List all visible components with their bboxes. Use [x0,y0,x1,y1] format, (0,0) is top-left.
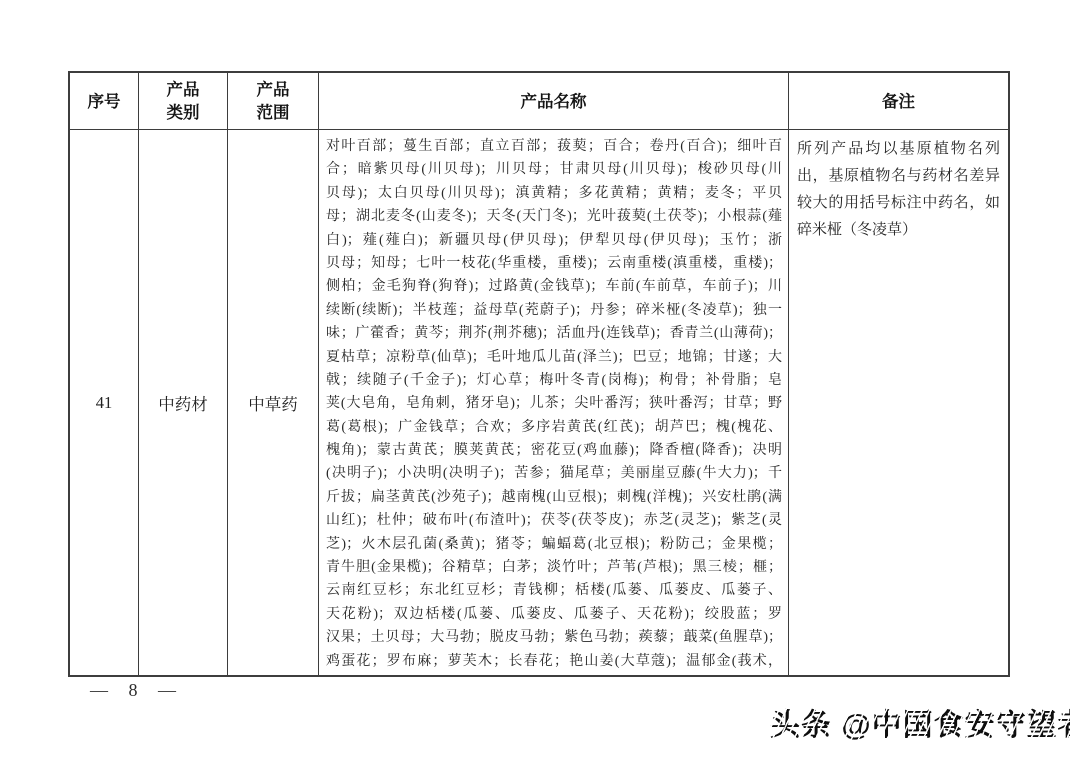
header-serial: 序号 [70,73,139,130]
product-name-line: 母；湖北麦冬(山麦冬)；天冬(天门冬)；光叶菝葜(土茯苓)；小根蒜(薤 [326,205,782,228]
product-name-line: 白)；薤(薤白)；新疆贝母(伊贝母)；伊犁贝母(伊贝母)；玉竹；浙 [326,229,782,252]
product-name-line: (决明子)；小决明(决明子)；苦参；猫尾草；美丽崖豆藤(牛大力)；千 [326,462,782,485]
product-name-line: 鸡蛋花；罗布麻；萝芙木；长春花；艳山姜(大草蔻)；温郁金(莪术， [326,650,782,673]
product-name-line: 斤拔；扁茎黄芪(沙苑子)；越南槐(山豆根)；刺槐(洋槐)；兴安杜鹃(满 [326,486,782,509]
header-remark: 备注 [789,73,1008,130]
product-name-line: 荚(大皂角，皂角刺，猪牙皂)；儿茶；尖叶番泻；狭叶番泻；甘草；野 [326,392,782,415]
product-name-line: 夏枯草；凉粉草(仙草)；毛叶地瓜儿苗(泽兰)；巴豆；地锦；甘遂；大 [326,346,782,369]
header-category: 产品 类别 [139,73,228,130]
product-name-line: 合；暗紫贝母(川贝母)；川贝母；甘肃贝母(川贝母)；梭砂贝母(川 [326,158,782,181]
cell-product-names: 对叶百部；蔓生百部；直立百部；菝葜；百合；卷丹(百合)；细叶百合；暗紫贝母(川贝… [319,130,789,675]
product-name-line: 侧柏；金毛狗脊(狗脊)；过路黄(金钱草)；车前(车前草，车前子)；川 [326,275,782,298]
product-name-line: 槐角)；蒙古黄芪；膜荚黄芪；密花豆(鸡血藤)；降香檀(降香)；决明 [326,439,782,462]
cell-remark: 所列产品均以基原植物名列出，基原植物名与药材名差异较大的用括号标注中药名，如碎米… [789,130,1008,675]
product-name-line: 对叶百部；蔓生百部；直立百部；菝葜；百合；卷丹(百合)；细叶百 [326,135,782,158]
product-name-line: 天花粉)；双边栝楼(瓜蒌、瓜蒌皮、瓜蒌子、天花粉)；绞股蓝；罗 [326,603,782,626]
watermark: 头条 @中国食安守望者 [770,700,1070,744]
product-name-line: 续断(续断)；半枝莲；益母草(茺蔚子)；丹参；碎米桠(冬凌草)；独一 [326,299,782,322]
remark-line: 较大的用括号标注中药名，如 [797,190,1000,217]
product-name-line: 贝母；知母；七叶一枝花(华重楼，重楼)；云南重楼(滇重楼，重楼)； [326,252,782,275]
remark-line: 所列产品均以基原植物名列 [797,136,1000,163]
product-name-line: 贝母)；太白贝母(川贝母)；滇黄精；多花黄精；黄精；麦冬；平贝 [326,182,782,205]
product-name-line: 青牛胆(金果榄)；谷精草；白茅；淡竹叶；芦苇(芦根)；黑三棱；榧； [326,556,782,579]
product-name-line: 云南红豆杉；东北红豆杉；青钱柳；栝楼(瓜蒌、瓜蒌皮、瓜蒌子、 [326,579,782,602]
product-name-line: 戟；续随子(千金子)；灯心草；梅叶冬青(岗梅)；枸骨；补骨脂；皂 [326,369,782,392]
page-number: — 8 — [90,680,181,701]
header-scope: 产品 范围 [228,73,319,130]
products-table: 序号 产品 类别 产品 范围 产品名称 备注 41 中药材 中草药 对叶百部；蔓… [68,71,1010,677]
product-name-line: 山红)；杜仲；破布叶(布渣叶)；茯苓(茯苓皮)；赤芝(灵芝)；紫芝(灵 [326,509,782,532]
product-name-line: 味；广藿香；黄芩；荆芥(荆芥穗)；活血丹(连钱草)；香青兰(山薄荷)； [326,322,782,345]
cell-category: 中药材 [139,130,228,675]
product-name-line: 汉果；土贝母；大马勃；脱皮马勃；紫色马勃；蒺藜；蕺菜(鱼腥草)； [326,626,782,649]
remark-line: 碎米桠（冬凌草） [797,217,1000,244]
remark-line: 出，基原植物名与药材名差异 [797,163,1000,190]
cell-scope: 中草药 [228,130,319,675]
product-name-line: 芝)；火木层孔菌(桑黄)；猪苓；蝙蝠葛(北豆根)；粉防己；金果榄； [326,533,782,556]
cell-serial: 41 [70,130,139,675]
product-name-line: 葛(葛根)；广金钱草；合欢；多序岩黄芪(红芪)；胡芦巴；槐(槐花、 [326,416,782,439]
header-product-name: 产品名称 [319,73,789,130]
